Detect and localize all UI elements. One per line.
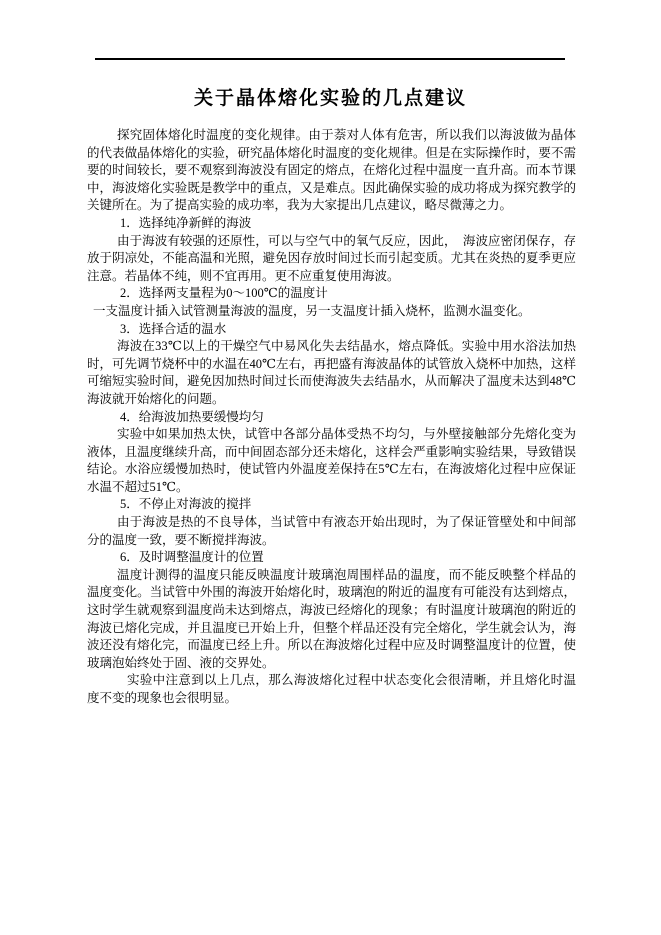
section-1-paragraph: 由于海波有较强的还原性，可以与空气中的氧气反应，因此， 海波应密闭保存，存放于阴… (87, 233, 576, 286)
section-heading-5: 5．不停止对海波的搅拌 (87, 496, 576, 514)
section-4-paragraph: 实验中如果加热太快，试管中各部分晶体受热不均匀，与外壁接触部分先熔化变为液体，且… (87, 426, 576, 496)
document-page: 关于晶体熔化实验的几点建议 探究固体熔化时温度的变化规律。由于萘对人体有危害，所… (0, 0, 661, 935)
section-heading-1: 1．选择纯净新鲜的海波 (87, 215, 576, 233)
section-heading-4: 4．给海波加热要缓慢均匀 (87, 409, 576, 427)
section-2-paragraph: 一支温度计插入试管测量海波的温度，另一支温度计插入烧杯，监测水温变化。 (87, 303, 576, 321)
document-title: 关于晶体熔化实验的几点建议 (0, 83, 661, 110)
closing-paragraph: 实验中注意到以上几点，那么海波熔化过程中状态变化会很清晰，并且熔化时温度不变的现… (87, 672, 576, 707)
section-3-paragraph: 海波在33℃以上的干燥空气中易风化失去结晶水，熔点降低。实验中用水浴法加热时，可… (87, 338, 576, 408)
section-heading-2: 2．选择两支量程为0～100℃的温度计 (87, 285, 576, 303)
intro-paragraph: 探究固体熔化时温度的变化规律。由于萘对人体有危害，所以我们以海波做为晶体的代表做… (87, 127, 576, 215)
document-body: 探究固体熔化时温度的变化规律。由于萘对人体有危害，所以我们以海波做为晶体的代表做… (87, 127, 576, 708)
section-5-paragraph: 由于海波是热的不良导体，当试管中有液态开始出现时，为了保证管壁处和中间部分的温度… (87, 514, 576, 549)
section-heading-6: 6．及时调整温度计的位置 (87, 549, 576, 567)
section-6-paragraph: 温度计测得的温度只能反映温度计玻璃泡周围样品的温度，而不能反映整个样品的温度变化… (87, 567, 576, 673)
section-heading-3: 3．选择合适的温水 (87, 321, 576, 339)
header-rule (95, 58, 565, 60)
